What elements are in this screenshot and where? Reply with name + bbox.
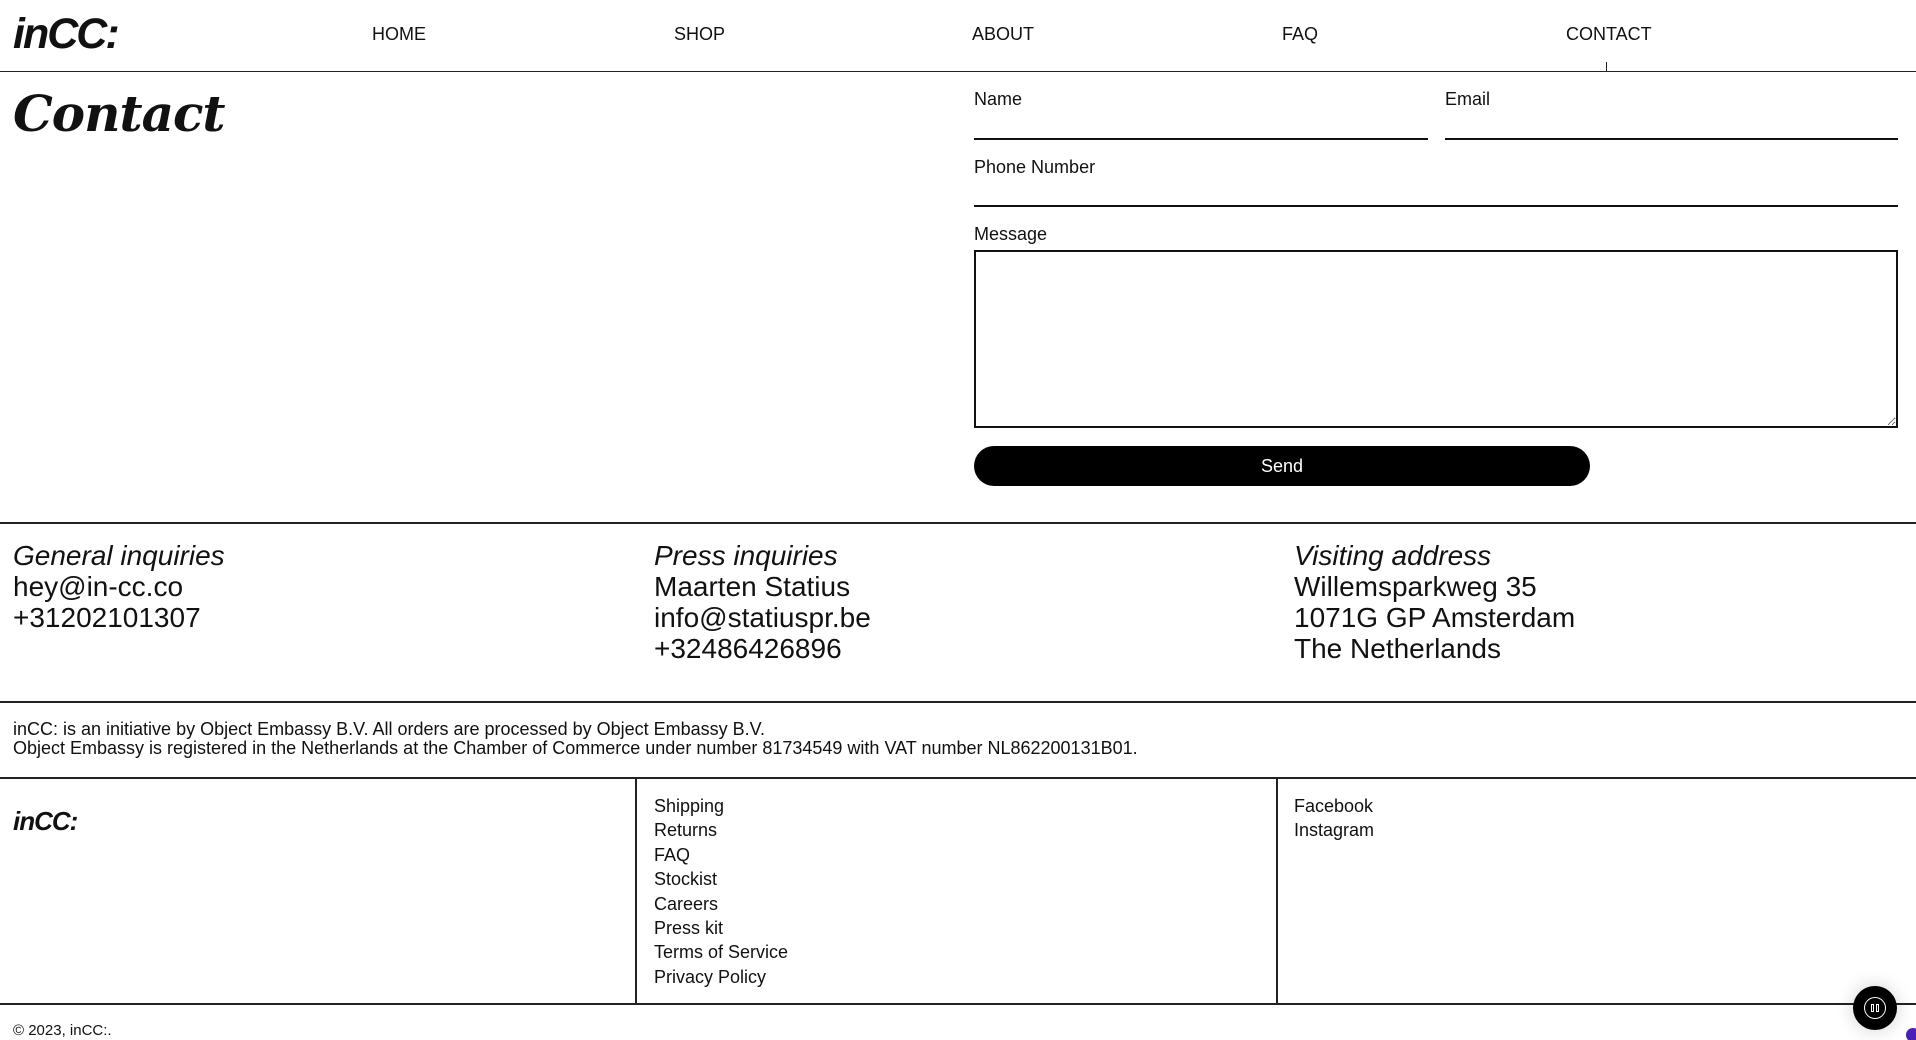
footer-link-facebook[interactable]: Facebook [1294,794,1374,818]
name-label: Name [974,89,1022,110]
phone-field[interactable] [974,183,1898,207]
footer-link-shipping[interactable]: Shipping [654,794,788,818]
phone-label: Phone Number [974,157,1095,178]
visiting-address-title: Visiting address [1294,540,1575,571]
nav-about[interactable]: ABOUT [972,24,1034,45]
pause-icon [1864,997,1886,1019]
email-label: Email [1445,89,1490,110]
email-field[interactable] [1445,116,1898,140]
footer-link-faq[interactable]: FAQ [654,843,788,867]
nav-shop[interactable]: SHOP [674,24,725,45]
corner-accent [1906,1028,1916,1040]
page-title: Contact [13,84,225,143]
legal-line-1: inCC: is an initiative by Object Embassy… [13,720,1138,739]
press-phone-link[interactable]: +32486426896 [654,633,871,664]
nav-contact[interactable]: CONTACT [1566,24,1652,45]
message-label: Message [974,224,1047,245]
general-inquiries: General inquiries hey@in-cc.co +31202101… [13,540,225,633]
footer-column-divider [1276,777,1278,1004]
address-city: 1071G GP Amsterdam [1294,602,1575,633]
active-nav-indicator [1606,62,1607,72]
nav-home[interactable]: HOME [372,24,426,45]
site-header: inCC: HOME SHOP ABOUT FAQ CONTACT [0,0,1916,72]
divider [0,777,1916,779]
footer-link-careers[interactable]: Careers [654,892,788,916]
general-email-link[interactable]: hey@in-cc.co [13,571,225,602]
name-field[interactable] [974,116,1428,140]
press-inquiries: Press inquiries Maarten Statius info@sta… [654,540,871,664]
press-inquiries-title: Press inquiries [654,540,871,571]
footer-link-terms[interactable]: Terms of Service [654,940,788,964]
legal-line-2: Object Embassy is registered in the Neth… [13,739,1138,758]
send-button[interactable]: Send [974,446,1590,486]
nav-faq[interactable]: FAQ [1282,24,1318,45]
press-email-link[interactable]: info@statiuspr.be [654,602,871,633]
copyright: © 2023, inCC:. [13,1022,112,1039]
address-street: Willemsparkweg 35 [1294,571,1575,602]
press-contact-name: Maarten Statius [654,571,871,602]
footer-social-links: Facebook Instagram [1294,794,1374,843]
divider [0,522,1916,524]
footer-link-press-kit[interactable]: Press kit [654,916,788,940]
footer-logo[interactable]: inCC: [13,806,77,837]
address-country: The Netherlands [1294,633,1575,664]
visiting-address: Visiting address Willemsparkweg 35 1071G… [1294,540,1575,664]
footer-link-privacy[interactable]: Privacy Policy [654,965,788,989]
divider [0,701,1916,703]
logo[interactable]: inCC: [13,10,118,59]
footer-link-returns[interactable]: Returns [654,818,788,842]
footer-link-instagram[interactable]: Instagram [1294,818,1374,842]
divider [0,1003,1916,1005]
general-inquiries-title: General inquiries [13,540,225,571]
footer-column-divider [635,777,637,1004]
floating-pause-button[interactable] [1853,986,1897,1030]
legal-notice: inCC: is an initiative by Object Embassy… [13,720,1138,758]
footer-info-links: Shipping Returns FAQ Stockist Careers Pr… [654,794,788,989]
footer-link-stockist[interactable]: Stockist [654,867,788,891]
message-field[interactable] [974,250,1898,428]
general-phone-link[interactable]: +31202101307 [13,602,225,633]
